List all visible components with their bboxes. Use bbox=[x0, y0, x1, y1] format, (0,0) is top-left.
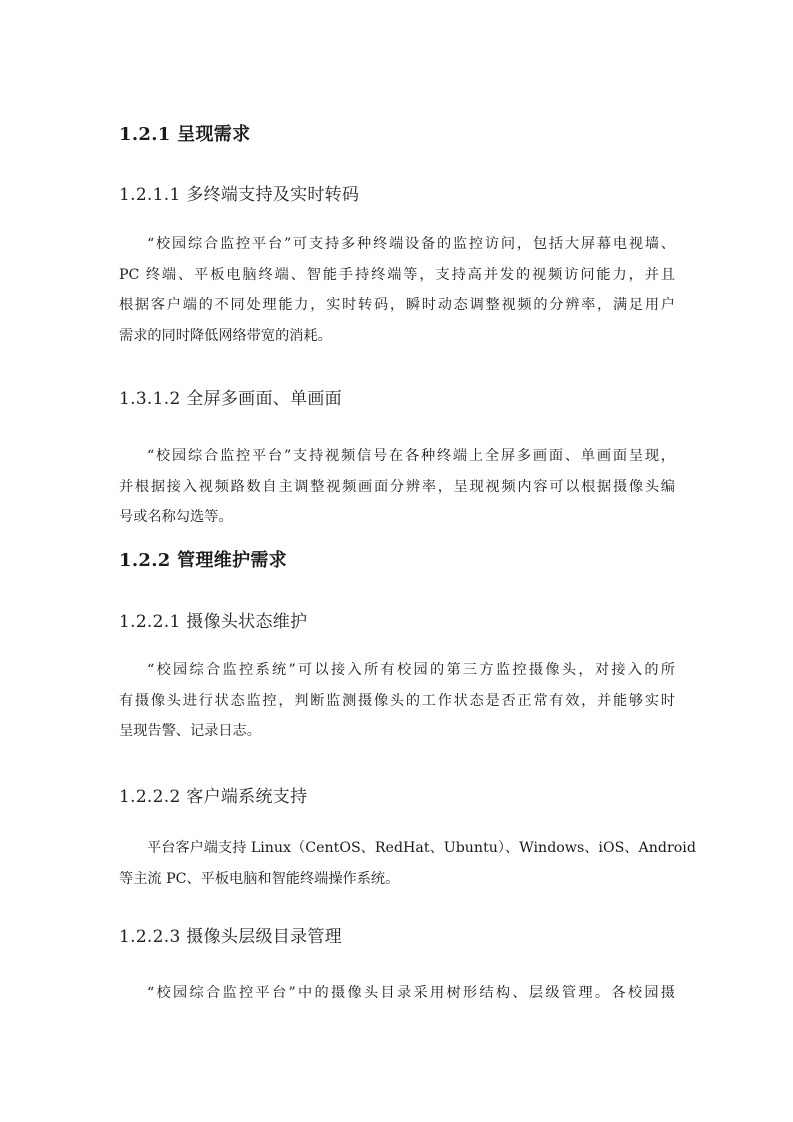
section-heading-1-3-1-2: 1.3.1.2 全屏多画面、单画面 bbox=[119, 384, 342, 409]
paragraph-line: “校园综合监控系统”可以接入所有校园的第三方监控摄像头，对接入的所 bbox=[119, 655, 675, 686]
paragraph-line: “校园综合监控平台”支持视频信号在各种终端上全屏多画面、单画面呈现， bbox=[119, 441, 675, 472]
paragraph-client-system: 平台客户端支持 Linux（CentOS、RedHat、Ubuntu）、Wind… bbox=[119, 833, 675, 894]
paragraph-line: 号或名称勾选等。 bbox=[119, 502, 675, 533]
paragraph-fullscreen: “校园综合监控平台”支持视频信号在各种终端上全屏多画面、单画面呈现， 并根据接入… bbox=[119, 441, 675, 533]
paragraph-camera-status: “校园综合监控系统”可以接入所有校园的第三方监控摄像头，对接入的所 有摄像头进行… bbox=[119, 655, 675, 747]
section-heading-1-2-2-1: 1.2.2.1 摄像头状态维护 bbox=[119, 607, 307, 632]
paragraph-line: 需求的同时降低网络带宽的消耗。 bbox=[119, 321, 675, 352]
paragraph-camera-directory: “校园综合监控平台”中的摄像头目录采用树形结构、层级管理。各校园摄 bbox=[119, 978, 675, 1009]
paragraph-line: 等主流 PC、平板电脑和智能终端操作系统。 bbox=[119, 864, 675, 895]
paragraph-multi-terminal: “校园综合监控平台”可支持多种终端设备的监控访问，包括大屏幕电视墙、 PC 终端… bbox=[119, 229, 675, 351]
paragraph-line: “校园综合监控平台”可支持多种终端设备的监控访问，包括大屏幕电视墙、 bbox=[119, 229, 675, 260]
section-heading-1-2-2-3: 1.2.2.3 摄像头层级目录管理 bbox=[119, 922, 342, 947]
document-page: 1.2.1 呈现需求 1.2.1.1 多终端支持及实时转码 “校园综合监控平台”… bbox=[0, 0, 793, 1122]
paragraph-line: PC 终端、平板电脑终端、智能手持终端等，支持高并发的视频访问能力，并且 bbox=[119, 260, 675, 291]
paragraph-line: 并根据接入视频路数自主调整视频画面分辨率，呈现视频内容可以根据摄像头编 bbox=[119, 472, 675, 503]
paragraph-line: 有摄像头进行状态监控，判断监测摄像头的工作状态是否正常有效，并能够实时 bbox=[119, 686, 675, 717]
section-heading-1-2-1: 1.2.1 呈现需求 bbox=[119, 120, 250, 146]
paragraph-line: 呈现告警、记录日志。 bbox=[119, 716, 675, 747]
paragraph-line: 根据客户端的不同处理能力，实时转码，瞬时动态调整视频的分辨率，满足用户 bbox=[119, 290, 675, 321]
paragraph-line: 平台客户端支持 Linux（CentOS、RedHat、Ubuntu）、Wind… bbox=[119, 833, 675, 864]
paragraph-line: “校园综合监控平台”中的摄像头目录采用树形结构、层级管理。各校园摄 bbox=[119, 978, 675, 1009]
section-heading-1-2-2-2: 1.2.2.2 客户端系统支持 bbox=[119, 782, 307, 807]
section-heading-1-2-1-1: 1.2.1.1 多终端支持及实时转码 bbox=[119, 180, 359, 205]
section-heading-1-2-2: 1.2.2 管理维护需求 bbox=[119, 546, 287, 572]
